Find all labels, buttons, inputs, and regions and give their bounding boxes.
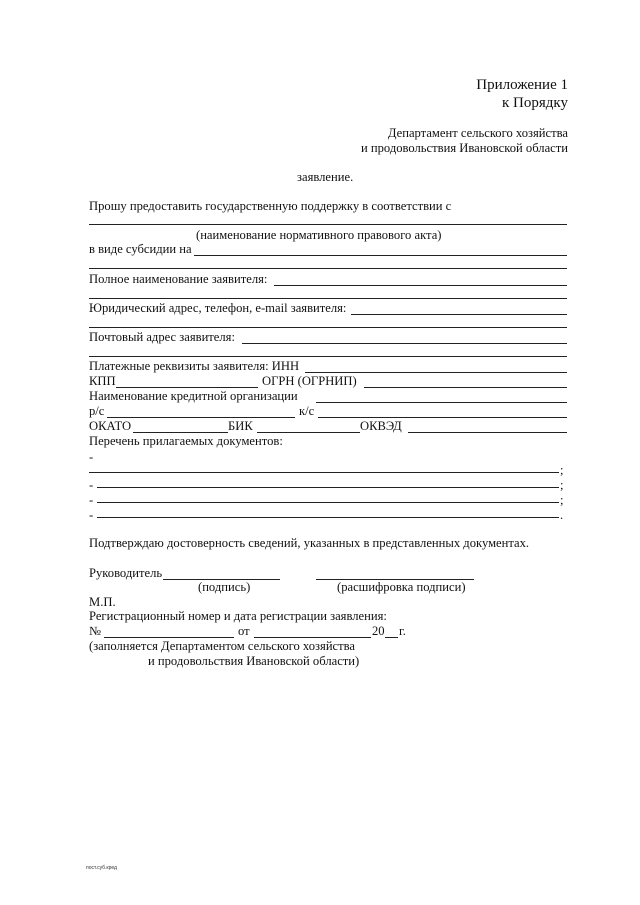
document-end: ; <box>560 493 564 507</box>
seal-label: М.П. <box>89 595 116 609</box>
registration-number-field[interactable] <box>104 637 234 638</box>
subsidy-field-continued[interactable] <box>89 268 567 269</box>
registration-date-field[interactable] <box>254 637 371 638</box>
subsidy-label: в виде субсидии на <box>89 242 192 256</box>
ogrn-field[interactable] <box>364 387 567 388</box>
decoding-caption: (расшифровка подписи) <box>337 580 466 594</box>
head-label: Руководитель <box>89 566 162 580</box>
full-name-field-continued[interactable] <box>89 298 567 299</box>
year-suffix: г. <box>399 624 406 638</box>
legal-address-field-continued[interactable] <box>89 327 567 328</box>
order-label: к Порядку <box>502 94 568 112</box>
document-end: . <box>560 508 563 522</box>
document-bullet: - <box>89 508 93 522</box>
document-field-1[interactable] <box>89 472 559 473</box>
documents-label: Перечень прилагаемых документов: <box>89 434 283 448</box>
signature-caption: (подпись) <box>198 580 250 594</box>
full-name-label: Полное наименование заявителя: <box>89 272 267 286</box>
bank-label: Наименование кредитной организации <box>89 389 298 403</box>
registration-note-line1: (заполняется Департаментом сельского хоз… <box>89 639 355 653</box>
legal-address-field[interactable] <box>351 314 567 315</box>
subsidy-field[interactable] <box>194 255 567 256</box>
footer-code: пост.суб.кред <box>86 861 117 875</box>
year-prefix: 20 <box>372 624 385 638</box>
document-field-4[interactable] <box>97 517 559 518</box>
postal-address-label: Почтовый адрес заявителя: <box>89 330 235 344</box>
bank-field[interactable] <box>316 402 567 403</box>
bik-field[interactable] <box>257 432 360 433</box>
department-line1: Департамент сельского хозяйства <box>388 126 568 140</box>
ks-field[interactable] <box>318 417 567 418</box>
okved-label: ОКВЭД <box>360 419 402 433</box>
document-title: заявление. <box>297 170 353 184</box>
act-name-field[interactable] <box>89 224 567 225</box>
document-bullet: - <box>89 478 93 492</box>
postal-address-field-continued[interactable] <box>89 356 567 357</box>
rs-label: р/с <box>89 404 104 418</box>
bik-label: БИК <box>228 419 253 433</box>
kpp-label: КПП <box>89 374 116 388</box>
document-field-3[interactable] <box>97 502 559 503</box>
number-sign: № <box>89 624 101 638</box>
from-label: от <box>238 624 250 638</box>
ks-label: к/с <box>299 404 314 418</box>
okato-field[interactable] <box>133 432 228 433</box>
legal-address-label: Юридический адрес, телефон, e-mail заяви… <box>89 301 346 315</box>
full-name-field[interactable] <box>274 285 567 286</box>
okato-label: ОКАТО <box>89 419 131 433</box>
registration-note-line2: и продовольствия Ивановской области) <box>148 654 359 668</box>
document-field-2[interactable] <box>97 487 559 488</box>
document-bullet: - <box>89 493 93 507</box>
department-line2: и продовольствия Ивановской области <box>361 141 568 155</box>
appendix-label: Приложение 1 <box>476 76 568 94</box>
document-bullet: - <box>89 450 93 464</box>
document-end: ; <box>560 478 564 492</box>
okved-field[interactable] <box>408 432 567 433</box>
act-caption: (наименование нормативного правового акт… <box>196 228 441 242</box>
ogrn-label: ОГРН (ОГРНИП) <box>262 374 357 388</box>
inn-field[interactable] <box>305 372 567 373</box>
confirmation-text: Подтверждаю достоверность сведений, указ… <box>89 536 529 550</box>
registration-year-field[interactable] <box>385 637 398 638</box>
request-text: Прошу предоставить государственную подде… <box>89 199 451 213</box>
inn-label: Платежные реквизиты заявителя: ИНН <box>89 359 299 373</box>
registration-label: Регистрационный номер и дата регистрации… <box>89 609 387 623</box>
rs-field[interactable] <box>107 417 295 418</box>
postal-address-field[interactable] <box>242 343 567 344</box>
document-end: ; <box>560 463 564 477</box>
kpp-field[interactable] <box>116 387 258 388</box>
